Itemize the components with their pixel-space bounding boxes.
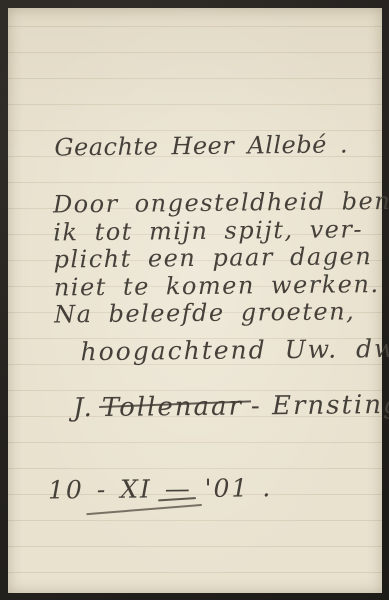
handwritten-text: Geachte Heer Allebé . Door ongesteldheid… (5, 6, 385, 595)
signature-initial: J. (73, 393, 94, 423)
signature-line: J.Tollenaar- Ernsting (73, 390, 389, 423)
letter-paper: Geachte Heer Allebé . Door ongesteldheid… (8, 8, 382, 593)
date-underline-flourish (86, 504, 202, 515)
salutation: Geachte Heer Allebé . (54, 130, 348, 161)
closing-phrase: hoogachtend Uw. dw. (80, 334, 389, 366)
body-line-5: Na beleefde groeten, (54, 298, 389, 329)
signature-struck-name: Tollenaar (102, 392, 243, 423)
body-line-3: plicht een paar dagen (53, 243, 389, 274)
signature-suffix: - Ernsting (251, 390, 389, 422)
letter-body: Door ongesteldheid ben ik tot mijn spijt… (53, 188, 389, 329)
body-line-1: Door ongesteldheid ben (53, 188, 389, 219)
scanned-letter: Geachte Heer Allebé . Door ongesteldheid… (0, 0, 389, 600)
